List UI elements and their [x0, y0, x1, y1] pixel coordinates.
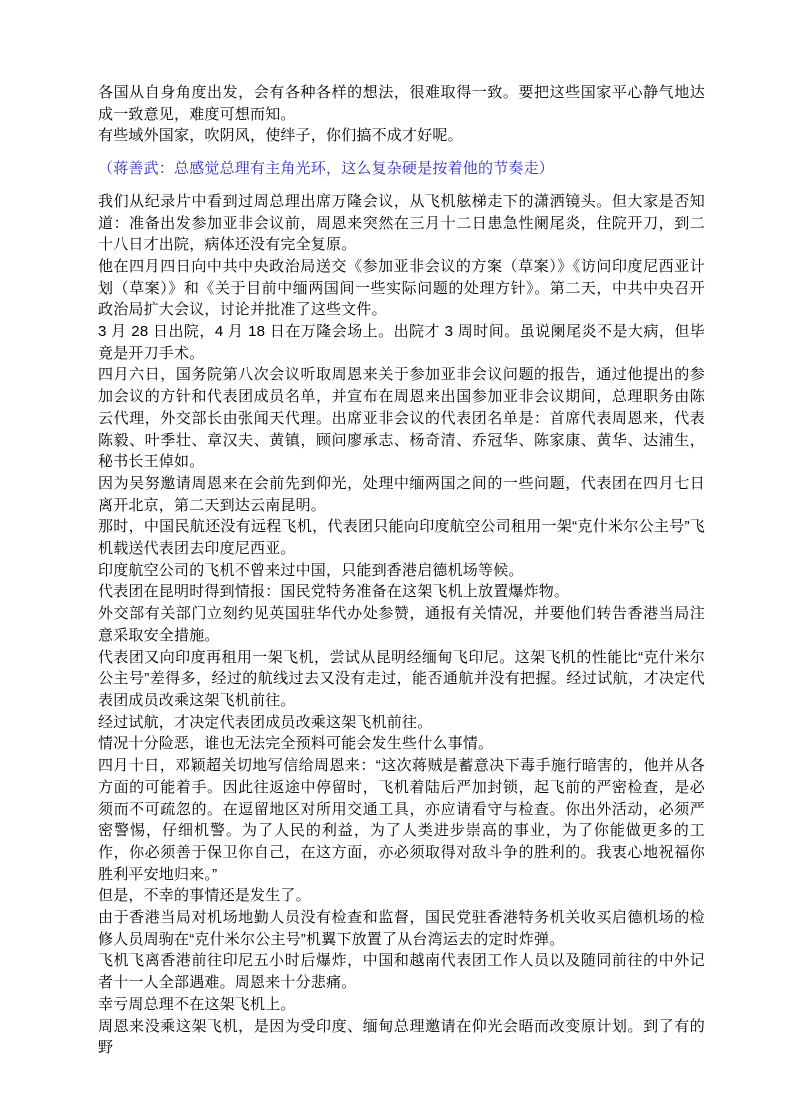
paragraph: 幸亏周总理不在这架飞机上。 [98, 994, 705, 1016]
paragraph: 外交部有关部门立刻约见英国驻华代办处参赞，通报有关情况，并要他们转告香港当局注意… [98, 603, 705, 646]
paragraph: 那时，中国民航还没有远程飞机，代表团只能向印度航空公司租用一架“克什米尔公主号”… [98, 516, 705, 559]
paragraph: 经过试航，才决定代表团成员改乘这架飞机前往。 [98, 712, 705, 734]
paragraph: 印度航空公司的飞机不曾来过中国，只能到香港启德机场等候。 [98, 560, 705, 582]
paragraph: 各国从自身角度出发，会有各种各样的想法，很难取得一致。要把这些国家平心静气地达成… [98, 82, 705, 125]
paragraph: 情况十分险恶，谁也无法完全预料可能会发生些什么事情。 [98, 733, 705, 755]
annotation-comment: （蒋善武：总感觉总理有主角光环，这么复杂硬是按着他的节奏走） [98, 158, 705, 180]
paragraph: 我们从纪录片中看到过周总理出席万隆会议，从飞机舷梯走下的潇洒镜头。但大家是否知道… [98, 191, 705, 256]
paragraph: 飞机飞离香港前往印尼五小时后爆炸，中国和越南代表团工作人员以及随同前往的中外记者… [98, 950, 705, 993]
paragraph: 因为吴努邀请周恩来在会前先到仰光，处理中缅两国之间的一些问题，代表团在四月七日离… [98, 473, 705, 516]
paragraph: 但是，不幸的事情还是发生了。 [98, 885, 705, 907]
document-body-text: 各国从自身角度出发，会有各种各样的想法，很难取得一致。要把这些国家平心静气地达成… [98, 82, 705, 1059]
paragraph: 代表团又向印度再租用一架飞机，尝试从昆明经缅甸飞印尼。这架飞机的性能比“克什米尔… [98, 647, 705, 712]
paragraph: 有些域外国家，吹阴风，使绊子，你们搞不成才好呢。 [98, 125, 705, 147]
paragraph: 四月十日，邓颖超关切地写信给周恩来：“这次蒋贼是蓄意决下毒手施行暗害的，他并从各… [98, 755, 705, 885]
paragraph: 代表团在昆明时得到情报：国民党特务准备在这架飞机上放置爆炸物。 [98, 581, 705, 603]
document-page: 各国从自身角度出发，会有各种各样的想法，很难取得一致。要把这些国家平心静气地达成… [0, 0, 800, 1100]
paragraph: 四月六日，国务院第八次会议听取周恩来关于参加亚非会议问题的报告，通过他提出的参加… [98, 364, 705, 473]
paragraph: 周恩来没乘这架飞机，是因为受印度、缅甸总理邀请在仰光会晤而改变原计划。到了有的野 [98, 1016, 705, 1059]
paragraph: 他在四月四日向中共中央政治局送交《参加亚非会议的方案（草案）》《访问印度尼西亚计… [98, 256, 705, 321]
paragraph: 由于香港当局对机场地勤人员没有检查和监督，国民党驻香港特务机关收买启德机场的检修… [98, 907, 705, 950]
paragraph: 3 月 28 日出院，4 月 18 日在万隆会场上。出院才 3 周时间。虽说阑尾… [98, 321, 705, 364]
